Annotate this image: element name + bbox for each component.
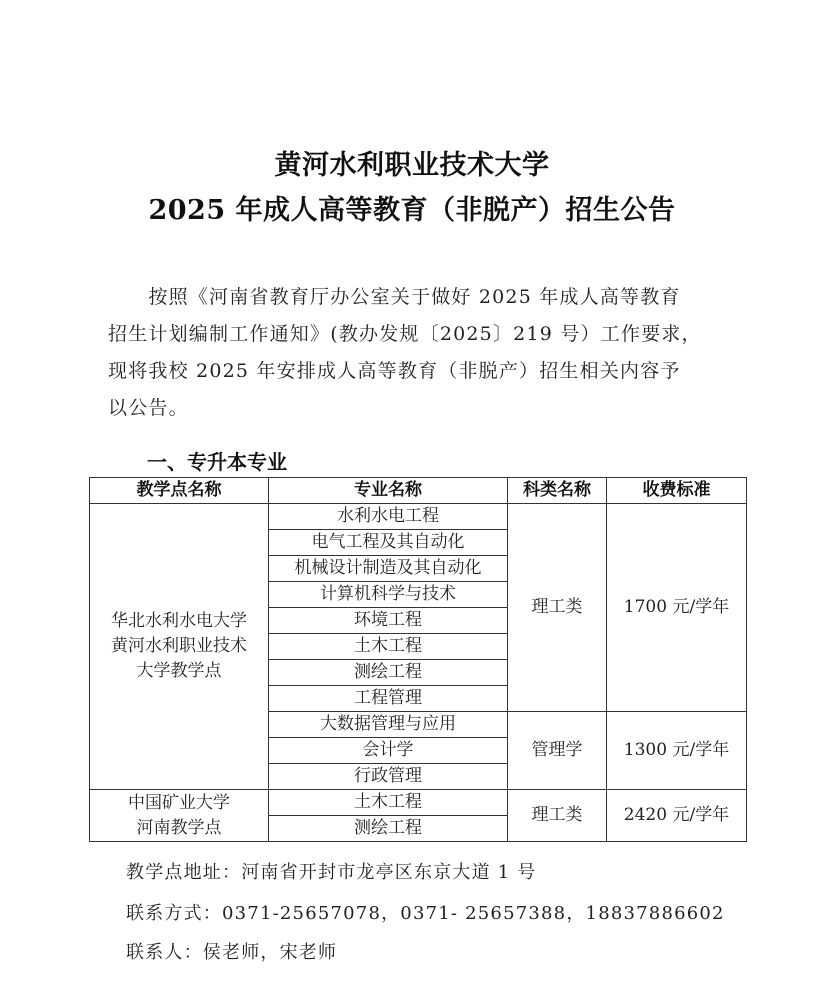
major-cell: 测绘工程 [269,816,508,842]
category-cell: 管理学 [508,712,607,790]
site-line: 大学教学点 [90,659,268,684]
major-cell: 水利水电工程 [269,504,508,530]
contact-address: 教学点地址：河南省开封市龙亭区东京大道 1 号 [126,858,537,884]
contact-persons: 联系人：侯老师，宋老师 [126,938,337,964]
section-heading-upgrade-majors: 一、专升本专业 [147,446,287,475]
major-cell: 行政管理 [269,764,508,790]
intro-paragraph: 按照《河南省教育厅办公室关于做好 2025 年成人高等教育 招生计划编制工作通知… [108,279,738,427]
category-cell: 理工类 [508,790,607,842]
fee-cell: 1700 元/学年 [607,504,747,712]
intro-line: 以公告。 [108,390,738,427]
document-title-school: 黄河水利职业技术大学 [0,143,824,182]
site-line: 华北水利水电大学 [90,609,268,634]
major-cell: 测绘工程 [269,660,508,686]
header-fee: 收费标准 [607,478,747,504]
header-site: 教学点名称 [90,478,269,504]
category-cell: 理工类 [508,504,607,712]
major-cell: 工程管理 [269,686,508,712]
major-cell: 土木工程 [269,634,508,660]
major-cell: 计算机科学与技术 [269,582,508,608]
site-cell: 华北水利水电大学 黄河水利职业技术 大学教学点 [90,504,269,790]
table-row: 华北水利水电大学 黄河水利职业技术 大学教学点 水利水电工程 理工类 1700 … [90,504,747,530]
intro-line: 按照《河南省教育厅办公室关于做好 2025 年成人高等教育 [108,279,738,316]
major-cell: 土木工程 [269,790,508,816]
major-cell: 大数据管理与应用 [269,712,508,738]
fee-cell: 1300 元/学年 [607,712,747,790]
major-cell: 环境工程 [269,608,508,634]
header-category: 科类名称 [508,478,607,504]
intro-line: 招生计划编制工作通知》(教办发规〔2025〕219 号）工作要求， [108,316,738,353]
major-cell: 机械设计制造及其自动化 [269,556,508,582]
header-major: 专业名称 [269,478,508,504]
major-cell: 电气工程及其自动化 [269,530,508,556]
site-cell: 中国矿业大学 河南教学点 [90,790,269,842]
intro-line: 现将我校 2025 年安排成人高等教育（非脱产）招生相关内容予 [108,353,738,390]
contact-phones: 联系方式：0371-25657078，0371- 25657388，188378… [126,899,725,925]
majors-table: 教学点名称 专业名称 科类名称 收费标准 华北水利水电大学 黄河水利职业技术 大… [89,477,747,842]
document-title-announcement: 2025 年成人高等教育（非脱产）招生公告 [0,188,824,227]
fee-cell: 2420 元/学年 [607,790,747,842]
table-row: 中国矿业大学 河南教学点 土木工程 理工类 2420 元/学年 [90,790,747,816]
site-line: 中国矿业大学 [90,791,268,816]
site-line: 河南教学点 [90,816,268,841]
table-header-row: 教学点名称 专业名称 科类名称 收费标准 [90,478,747,504]
site-line: 黄河水利职业技术 [90,634,268,659]
major-cell: 会计学 [269,738,508,764]
